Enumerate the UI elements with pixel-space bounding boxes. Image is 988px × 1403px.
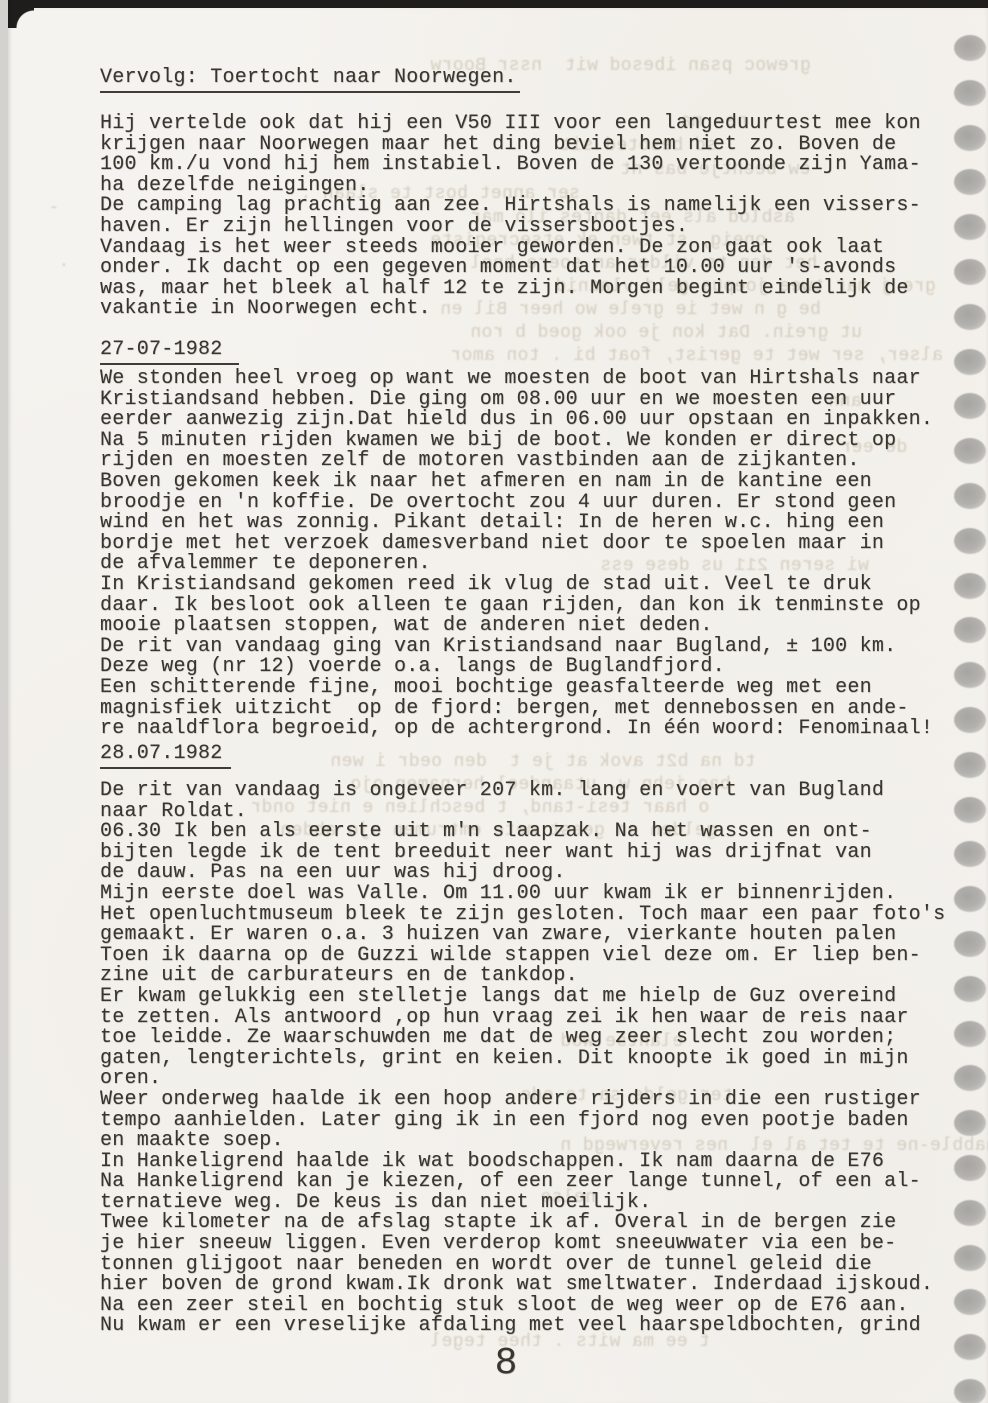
scan-corner-top-left <box>8 8 34 28</box>
scanned-document-page: grewoc psan ibesod wit nssr Boorwne- mas… <box>0 0 988 1403</box>
text-line: mooie plaatsen stoppen, wat de anderen n… <box>100 616 933 637</box>
text-line: rijden en moesten zelf de motoren vastbi… <box>100 451 933 472</box>
text-line: De camping lag prachtig aan zee. Hirtsha… <box>100 196 921 217</box>
text-line: en maakte soep. <box>100 1131 945 1152</box>
text-line: Weer onderweg haalde ik een hoop andere … <box>100 1090 945 1111</box>
diary-text-block-28-07-1982: De rit van vandaag is ongeveer 207 km. l… <box>100 781 945 1337</box>
text-line: de afvalemmer te deponeren. <box>100 554 933 575</box>
ghost-text-fragment: - <box>48 198 59 218</box>
text-line: oren. <box>100 1069 945 1090</box>
text-line: zine uit de carburateurs en de tankdop. <box>100 966 945 987</box>
text-line: wind en het was zonnig. Pikant detail: I… <box>100 513 933 534</box>
section-heading-28-07-1982: 28.07.1982 <box>100 744 231 769</box>
text-line: magnisfiek uitzicht op de fjord: bergen,… <box>100 699 933 720</box>
text-line: eerder aanwezig zijn.Dat hield dus in 06… <box>100 410 933 431</box>
text-line: tempo aanhielden. Later ging ik in een f… <box>100 1111 945 1132</box>
text-line: De rit van vandaag is ongeveer 207 km. l… <box>100 781 945 802</box>
text-line: gaten, lengterichtels, grint en keien. D… <box>100 1049 945 1070</box>
text-line: Twee kilometer na de afslag stapte ik af… <box>100 1213 945 1234</box>
text-line: vakantie in Noorwegen echt. <box>100 299 921 320</box>
ghost-text-fragment: · <box>58 256 69 276</box>
text-line: onder. Ik dacht op een gegeven moment da… <box>100 258 921 279</box>
text-line: Deze weg (nr 12) voerde o.a. langs de Bu… <box>100 657 933 678</box>
text-line: Nu kwam er een vreselijke afdaling met v… <box>100 1316 945 1337</box>
text-line: hier boven de grond kwam.Ik dronk wat sm… <box>100 1275 945 1296</box>
text-line: Een schitterende fijne, mooi bochtige ge… <box>100 678 933 699</box>
text-line: je hier sneeuw liggen. Even verderop kom… <box>100 1234 945 1255</box>
text-line: Boven gekomen keek ik naar het afmeren e… <box>100 472 933 493</box>
diary-text-block-intro: Hij vertelde ook dat hij een V50 III voo… <box>100 114 921 320</box>
text-line: gemaakt. Er waren o.a. 3 huizen van zwar… <box>100 925 945 946</box>
scan-edge-left <box>0 0 8 1403</box>
text-line: de dauw. Pas na een uur was hij droog. <box>100 863 945 884</box>
text-line: toe leidde. Ze waarschuwden me dat de we… <box>100 1028 945 1049</box>
scan-edge-top <box>8 0 988 8</box>
text-line: In Kristiandsand gekomen reed ik vlug de… <box>100 575 933 596</box>
text-line: re naaldflora begroeid, op de achtergron… <box>100 719 933 740</box>
ghost-text-fragment: ut grein. Dat kon je ook goed b ron <box>470 323 862 343</box>
text-line: Hij vertelde ook dat hij een V50 III voo… <box>100 114 921 135</box>
text-line: Er kwam gelukkig een stelletje langs dat… <box>100 987 945 1008</box>
text-line: 06.30 Ik ben als eerste uit m'n slaapzak… <box>100 822 945 843</box>
text-line: Mijn eerste doel was Valle. Om 11.00 uur… <box>100 884 945 905</box>
paper: grewoc psan ibesod wit nssr Boorwne- mas… <box>0 0 988 1403</box>
section-heading-27-07-1982: 27-07-1982 <box>100 340 239 365</box>
diary-text-block-27-07-1982: We stonden heel vroeg op want we moesten… <box>100 369 933 740</box>
text-line: haven. Er zijn hellingen voor de vissers… <box>100 217 921 238</box>
text-line: Na Hankeligrend kan je kiezen, of een ze… <box>100 1172 945 1193</box>
page-number: 8 <box>460 1342 552 1386</box>
page-title: Vervolg: Toertocht naar Noorwegen. <box>100 68 520 93</box>
text-line: We stonden heel vroeg op want we moesten… <box>100 369 933 390</box>
ghost-text-fragment: td na b2t avok at je t den oedr i wen <box>330 752 756 772</box>
text-line: 100 km./u vond hij hem instabiel. Boven … <box>100 155 921 176</box>
ghost-text-fragment: alser, ser wet te gerist, foat bi . ton … <box>450 346 943 366</box>
